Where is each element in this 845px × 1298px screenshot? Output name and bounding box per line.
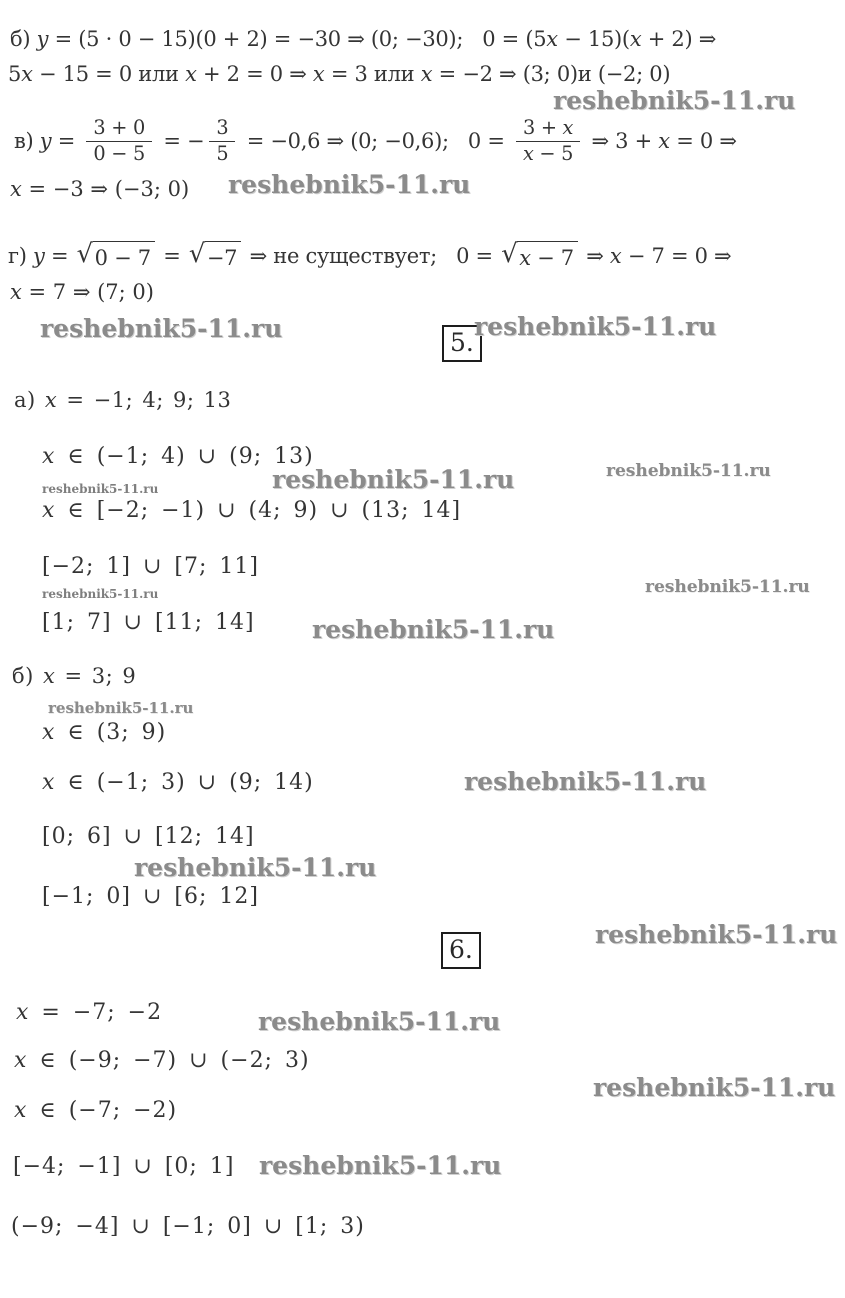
math-text: ⇒ 3 + x = 0 ⇒ <box>585 128 736 154</box>
square-root: √0 − 7 <box>77 241 155 271</box>
math-line-v-1: в) y = 3 + 00 − 5 = −35 = −0,6 ⇒ (0; −0,… <box>14 110 737 172</box>
math-text: x ∈ [−2; −1) ∪ (4; 9) ∪ (13; 14] <box>42 497 461 525</box>
fraction: 35 <box>209 117 235 164</box>
watermark: reshebnik5-11.ru <box>40 314 282 343</box>
math-line-5b-1: x ∈ (3; 9) <box>42 719 166 747</box>
math-text: x = −7; −2 <box>16 999 162 1027</box>
watermark: reshebnik5-11.ru <box>464 767 706 796</box>
math-text: = −0,6 ⇒ (0; −0,6); 0 = <box>240 128 511 154</box>
math-line-5a-2: x ∈ [−2; −1) ∪ (4; 9) ∪ (13; 14] <box>42 497 461 525</box>
math-text: [−1; 0] ∪ [6; 12] <box>42 883 259 911</box>
math-line-5a-4: [1; 7] ∪ [11; 14] <box>42 609 255 637</box>
watermark: reshebnik5-11.ru <box>272 465 514 494</box>
math-text: [−4; −1] ∪ [0; 1] <box>13 1153 234 1181</box>
math-line-b-2: 5x − 15 = 0 или x + 2 = 0 ⇒ x = 3 или x … <box>8 61 670 87</box>
math-text: = − <box>157 128 204 154</box>
math-line-5b-3: [0; 6] ∪ [12; 14] <box>42 823 255 851</box>
math-text: (−9; −4] ∪ [−1; 0] ∪ [1; 3) <box>11 1213 365 1241</box>
math-line-6-3: x ∈ (−7; −2) <box>14 1097 177 1125</box>
math-text: а) x = −1; 4; 9; 13 <box>14 387 231 413</box>
math-line-g-2: x = 7 ⇒ (7; 0) <box>10 279 154 305</box>
watermark: reshebnik5-11.ru <box>593 1073 835 1102</box>
task-number-6: 6. <box>441 932 481 969</box>
math-text: = <box>157 243 187 269</box>
watermark: reshebnik5-11.ru <box>606 461 771 481</box>
math-text: б) x = 3; 9 <box>12 663 136 689</box>
square-root: √−7 <box>189 241 241 271</box>
math-text: б) y = (5 · 0 − 15)(0 + 2) = −30 ⇒ (0; −… <box>10 26 716 52</box>
math-line-6-5: (−9; −4] ∪ [−1; 0] ∪ [1; 3) <box>11 1213 365 1241</box>
math-line-5a-header: а) x = −1; 4; 9; 13 <box>14 387 231 413</box>
math-text: в) y = <box>14 128 81 154</box>
watermark: reshebnik5-11.ru <box>595 920 837 949</box>
math-text: x ∈ (−9; −7) ∪ (−2; 3) <box>14 1047 310 1075</box>
math-text: [0; 6] ∪ [12; 14] <box>42 823 255 851</box>
math-line-5a-3: [−2; 1] ∪ [7; 11] <box>42 553 259 581</box>
square-root: √x − 7 <box>501 241 578 271</box>
math-text: [−2; 1] ∪ [7; 11] <box>42 553 259 581</box>
watermark: reshebnik5-11.ru <box>42 587 158 601</box>
math-text: ⇒ x − 7 = 0 ⇒ <box>580 243 731 269</box>
math-text: г) y = <box>8 243 75 269</box>
watermark: reshebnik5-11.ru <box>228 170 470 199</box>
watermark: reshebnik5-11.ru <box>645 577 810 597</box>
fraction: 3 + xx − 5 <box>516 117 580 164</box>
solutions-page: б) y = (5 · 0 − 15)(0 + 2) = −30 ⇒ (0; −… <box>0 0 845 1298</box>
math-line-v-2: x = −3 ⇒ (−3; 0) <box>10 176 189 202</box>
watermark: reshebnik5-11.ru <box>258 1007 500 1036</box>
math-line-5b-4: [−1; 0] ∪ [6; 12] <box>42 883 259 911</box>
math-line-6-4: [−4; −1] ∪ [0; 1] <box>13 1153 234 1181</box>
math-line-5b-header: б) x = 3; 9 <box>12 663 136 689</box>
math-text: [1; 7] ∪ [11; 14] <box>42 609 255 637</box>
watermark: reshebnik5-11.ru <box>259 1151 501 1180</box>
math-line-g-1: г) y = √0 − 7 = √−7 ⇒ не существует; 0 =… <box>8 237 731 275</box>
watermark: reshebnik5-11.ru <box>48 699 193 717</box>
math-text: ⇒ не существует; 0 = <box>243 243 499 269</box>
math-line-b-1: б) y = (5 · 0 − 15)(0 + 2) = −30 ⇒ (0; −… <box>10 26 716 52</box>
watermark: reshebnik5-11.ru <box>134 853 376 882</box>
watermark: reshebnik5-11.ru <box>42 482 158 496</box>
math-line-6-1: x = −7; −2 <box>16 999 162 1027</box>
math-text: x = −3 ⇒ (−3; 0) <box>10 176 189 202</box>
fraction: 3 + 00 − 5 <box>86 117 152 164</box>
math-text: x ∈ (3; 9) <box>42 719 166 747</box>
math-text: x ∈ (−7; −2) <box>14 1097 177 1125</box>
math-line-6-2: x ∈ (−9; −7) ∪ (−2; 3) <box>14 1047 310 1075</box>
math-text: x = 7 ⇒ (7; 0) <box>10 279 154 305</box>
watermark: reshebnik5-11.ru <box>474 312 716 341</box>
watermark: reshebnik5-11.ru <box>312 615 554 644</box>
math-text: x ∈ (−1; 3) ∪ (9; 14) <box>42 769 314 797</box>
math-text: 5x − 15 = 0 или x + 2 = 0 ⇒ x = 3 или x … <box>8 61 670 87</box>
math-line-5b-2: x ∈ (−1; 3) ∪ (9; 14) <box>42 769 314 797</box>
